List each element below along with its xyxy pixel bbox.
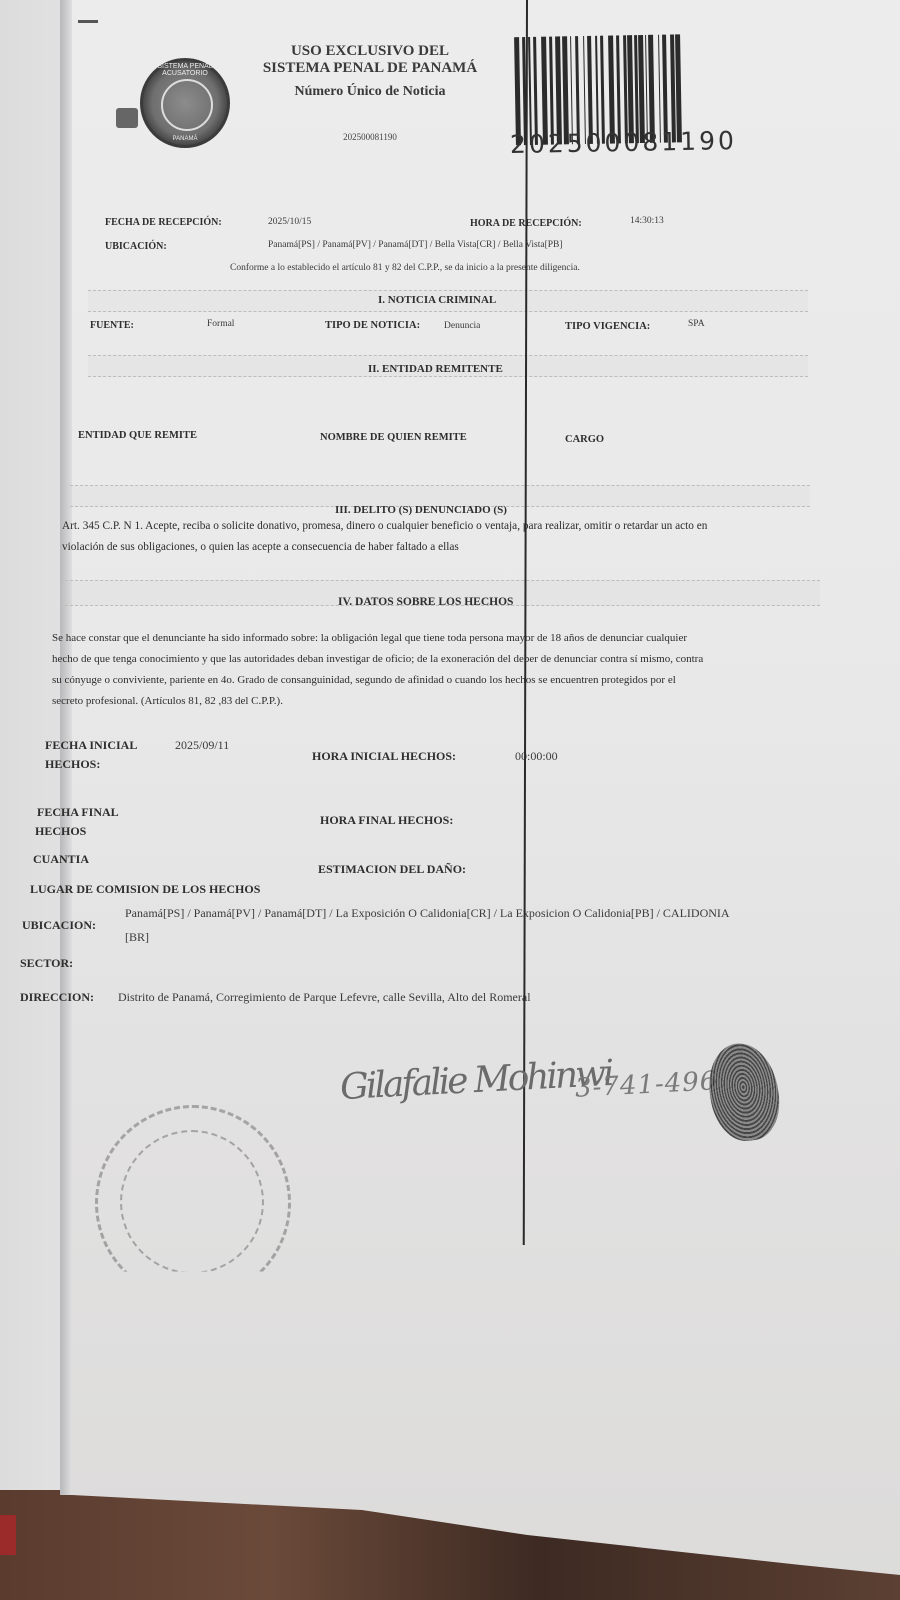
seal-text-bottom: PANAMÁ xyxy=(143,136,227,142)
notice-number: 202500081190 xyxy=(300,132,440,142)
delito-description: Art. 345 C.P. N 1. Acepte, reciba o soli… xyxy=(62,516,822,558)
fecha-final-label: FECHA FINAL xyxy=(37,805,119,820)
document-subtitle: Número Único de Noticia xyxy=(240,84,500,100)
fecha-final-label-2: HECHOS xyxy=(35,824,86,839)
cargo-label: CARGO xyxy=(565,434,604,445)
estimacion-dano-label: ESTIMACION DEL DAÑO: xyxy=(318,862,466,877)
fuente-label: FUENTE: xyxy=(90,320,134,331)
notice-paragraph-line: hecho de que tenga conocimiento y que la… xyxy=(52,649,832,670)
hora-inicial-label: HORA INICIAL HECHOS: xyxy=(312,749,456,764)
fuente-value: Formal xyxy=(207,319,234,329)
ubicacion-hechos-label: UBICACION: xyxy=(22,918,96,933)
title-line-1: USO EXCLUSIVO DEL xyxy=(240,43,500,60)
notice-paragraph: Se hace constar que el denunciante ha si… xyxy=(52,628,832,712)
barcode-number: 202500081190 xyxy=(510,126,737,159)
section-title-delito: III. DELITO (S) DENUNCIADO (S) xyxy=(335,504,507,516)
seal-text: SISTEMA PENAL ACUSATORIO xyxy=(143,63,227,77)
direccion-label: DIRECCION: xyxy=(20,990,94,1005)
staple-mark xyxy=(78,20,98,23)
lugar-comision-label: LUGAR DE COMISION DE LOS HECHOS xyxy=(30,882,260,897)
ubicacion-hechos-value: Panamá[PS] / Panamá[PV] / Panamá[DT] / L… xyxy=(125,906,730,921)
delito-line-1: Art. 345 C.P. N 1. Acepte, reciba o soli… xyxy=(62,516,822,537)
entidad-que-remite-label: ENTIDAD QUE REMITE xyxy=(78,430,197,441)
seal-figure xyxy=(161,79,213,131)
tipo-vigencia-value: SPA xyxy=(688,319,705,329)
cuantia-label: CUANTIA xyxy=(33,852,89,867)
conforme-text: Conforme a lo establecido el artículo 81… xyxy=(230,263,580,273)
hora-inicial-value: 00:00:00 xyxy=(515,749,558,764)
section-title-entidad-remitente: II. ENTIDAD REMITENTE xyxy=(368,363,503,375)
notice-paragraph-line: secreto profesional. (Artículos 81, 82 ,… xyxy=(52,691,832,712)
fecha-recepcion-label: FECHA DE RECEPCIÓN: xyxy=(105,217,222,228)
document-title: USO EXCLUSIVO DEL SISTEMA PENAL DE PANAM… xyxy=(240,43,500,77)
sector-label: SECTOR: xyxy=(20,956,73,971)
hora-recepcion-value: 14:30:13 xyxy=(630,216,664,226)
ubicacion-value: Panamá[PS] / Panamá[PV] / Panamá[DT] / B… xyxy=(268,240,563,250)
hora-final-label: HORA FINAL HECHOS: xyxy=(320,813,453,828)
notice-paragraph-line: Se hace constar que el denunciante ha si… xyxy=(52,628,832,649)
ubicacion-label: UBICACIÓN: xyxy=(105,241,167,252)
section-title-datos-hechos: IV. DATOS SOBRE LOS HECHOS xyxy=(338,596,513,608)
seal-logo-icon: SISTEMA PENAL ACUSATORIO PANAMÁ xyxy=(140,58,230,148)
fecha-inicial-label: FECHA INICIAL xyxy=(45,738,137,753)
tipo-noticia-label: TIPO DE NOTICIA: xyxy=(325,320,420,331)
fecha-recepcion-value: 2025/10/15 xyxy=(268,217,311,227)
tipo-vigencia-label: TIPO VIGENCIA: xyxy=(565,321,650,332)
title-line-2: SISTEMA PENAL DE PANAMÁ xyxy=(240,60,500,77)
section-title-noticia-criminal: I. NOTICIA CRIMINAL xyxy=(378,294,496,306)
nombre-de-quien-remite-label: NOMBRE DE QUIEN REMITE xyxy=(320,432,467,443)
fecha-inicial-value: 2025/09/11 xyxy=(175,738,229,753)
notice-paragraph-line: su cónyuge o conviviente, pariente en 4o… xyxy=(52,670,832,691)
ubicacion-hechos-value-2: [BR] xyxy=(125,930,149,945)
fecha-inicial-label-2: HECHOS: xyxy=(45,757,100,772)
direccion-value: Distrito de Panamá, Corregimiento de Par… xyxy=(118,990,531,1005)
tipo-noticia-value: Denuncia xyxy=(444,321,480,331)
delito-line-2: violación de sus obligaciones, o quien l… xyxy=(62,537,822,558)
desk-object xyxy=(0,1515,16,1555)
organ-judicial-logo-icon xyxy=(116,108,138,128)
